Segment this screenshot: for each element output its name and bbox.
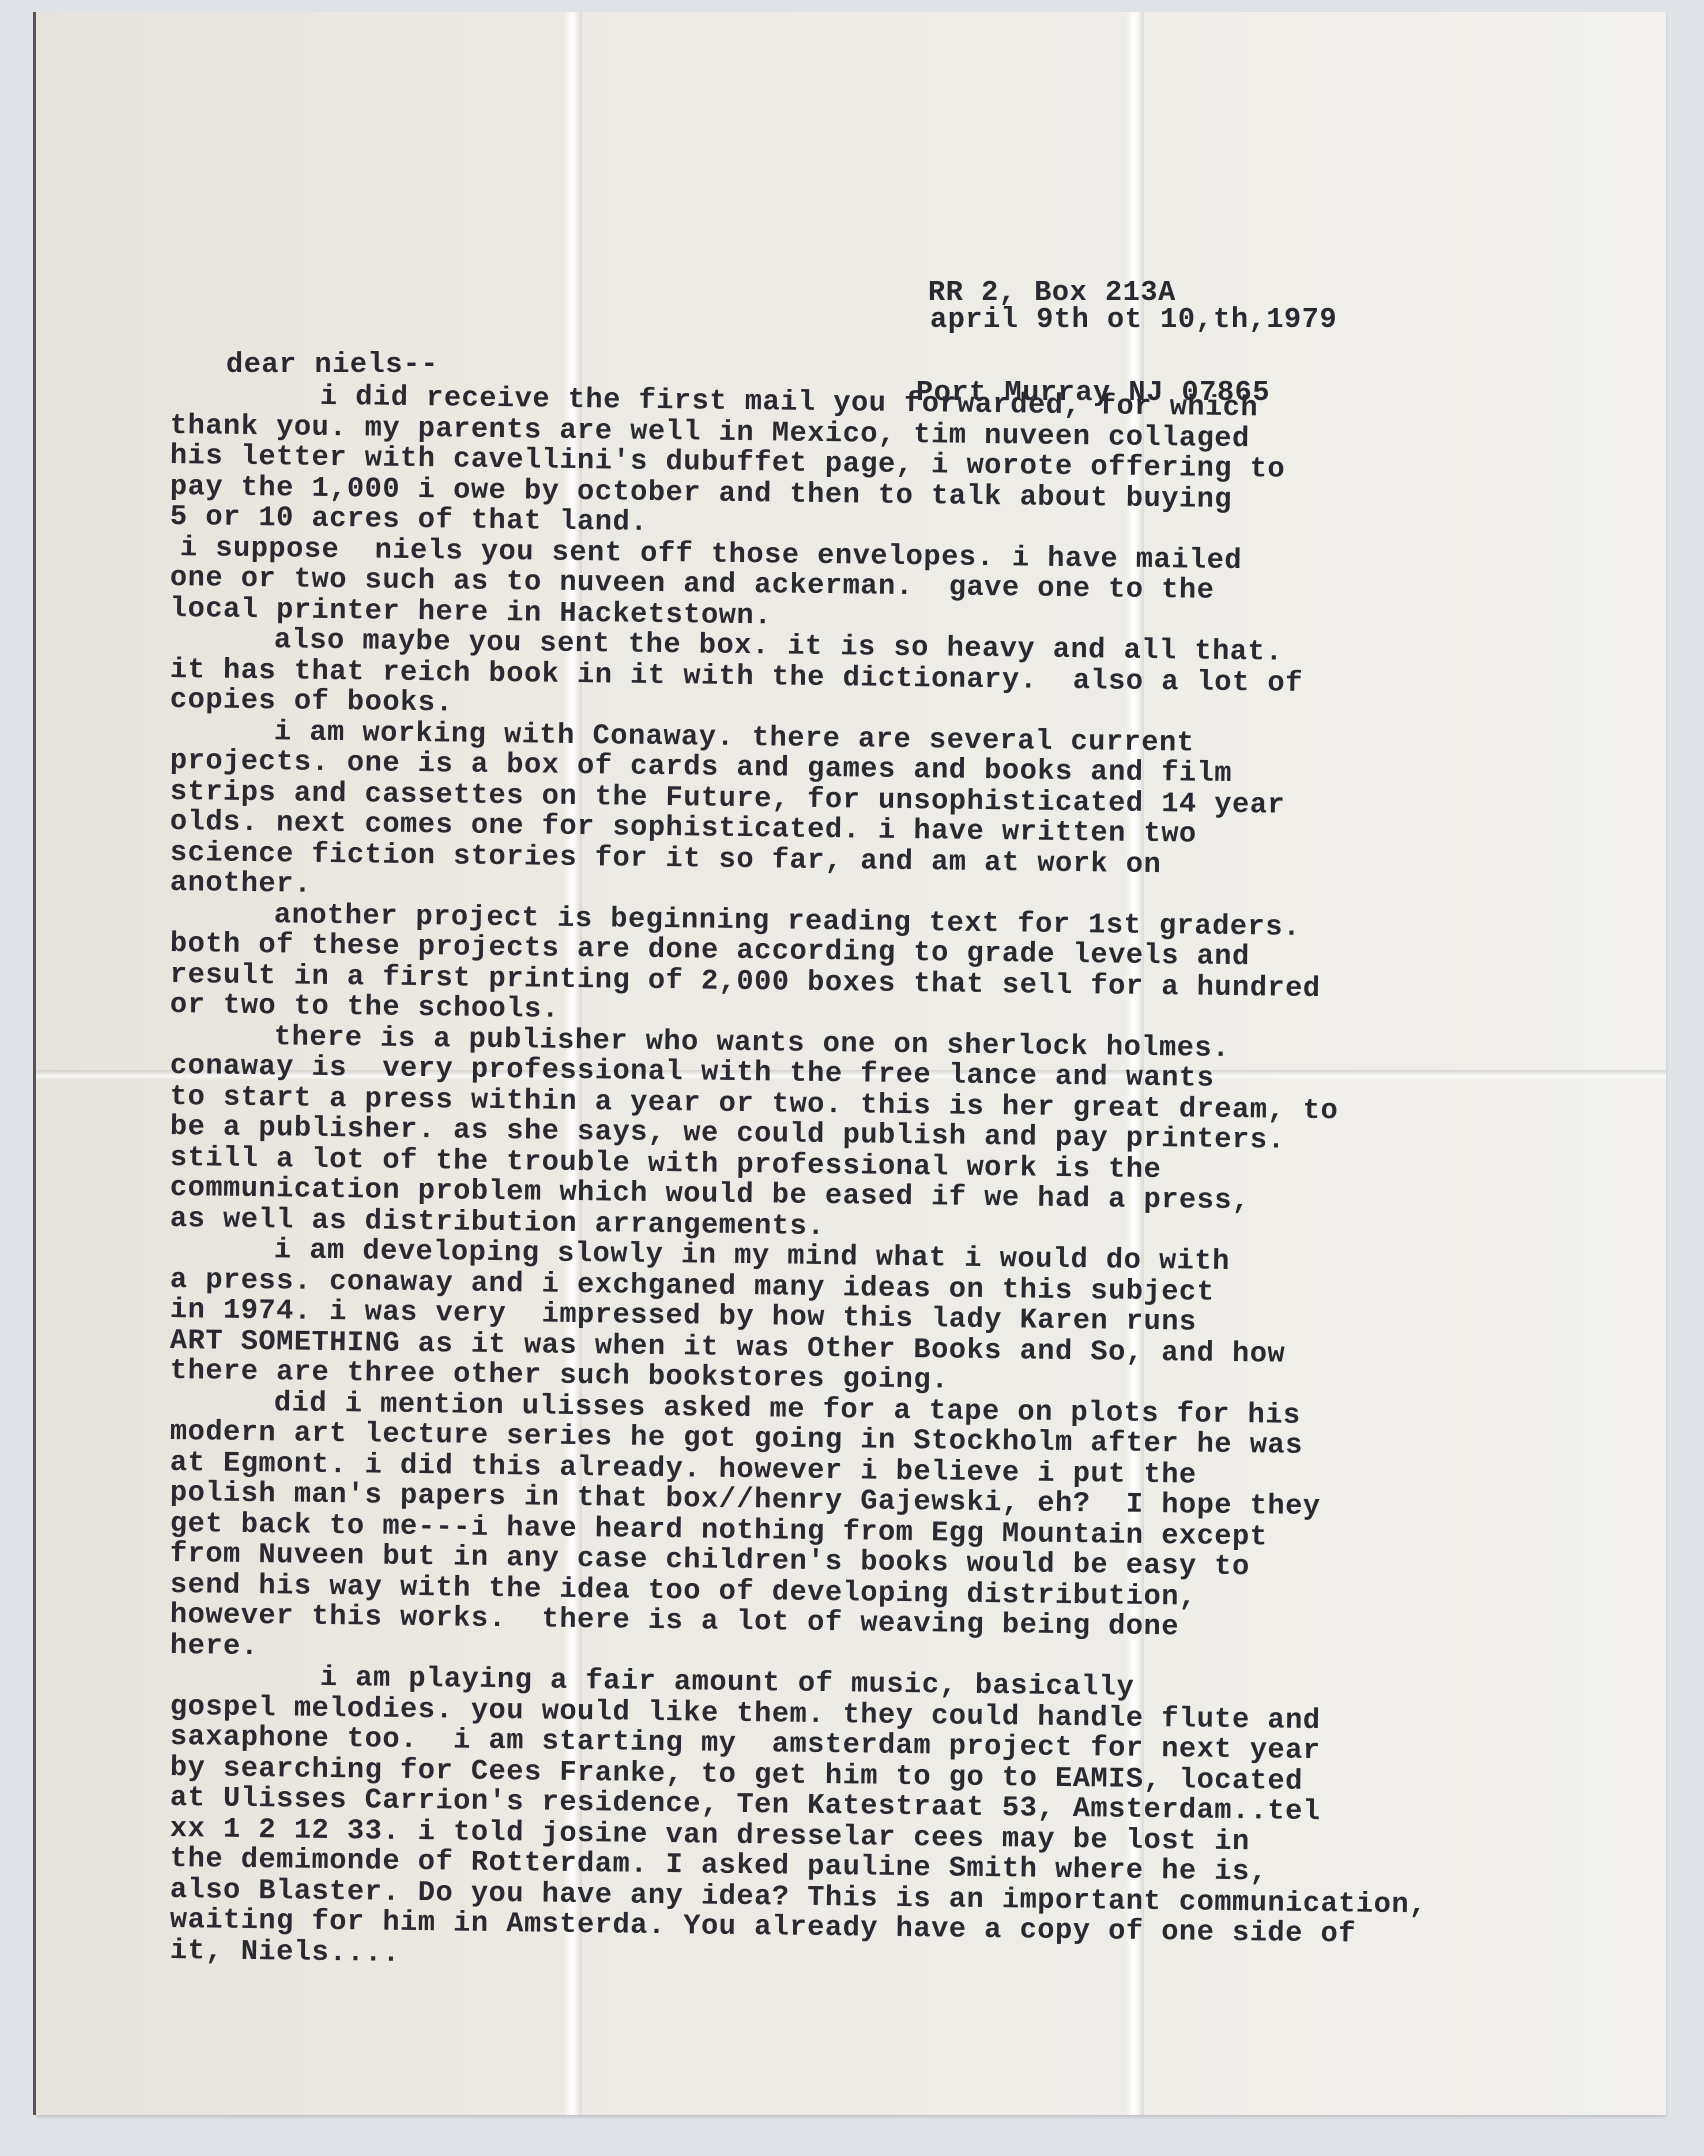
salutation: dear niels--	[226, 348, 438, 381]
letter-body: i did receive the first mail you forward…	[170, 380, 1500, 1966]
letter-date: april 9th ot 10,th,1979	[930, 303, 1337, 336]
